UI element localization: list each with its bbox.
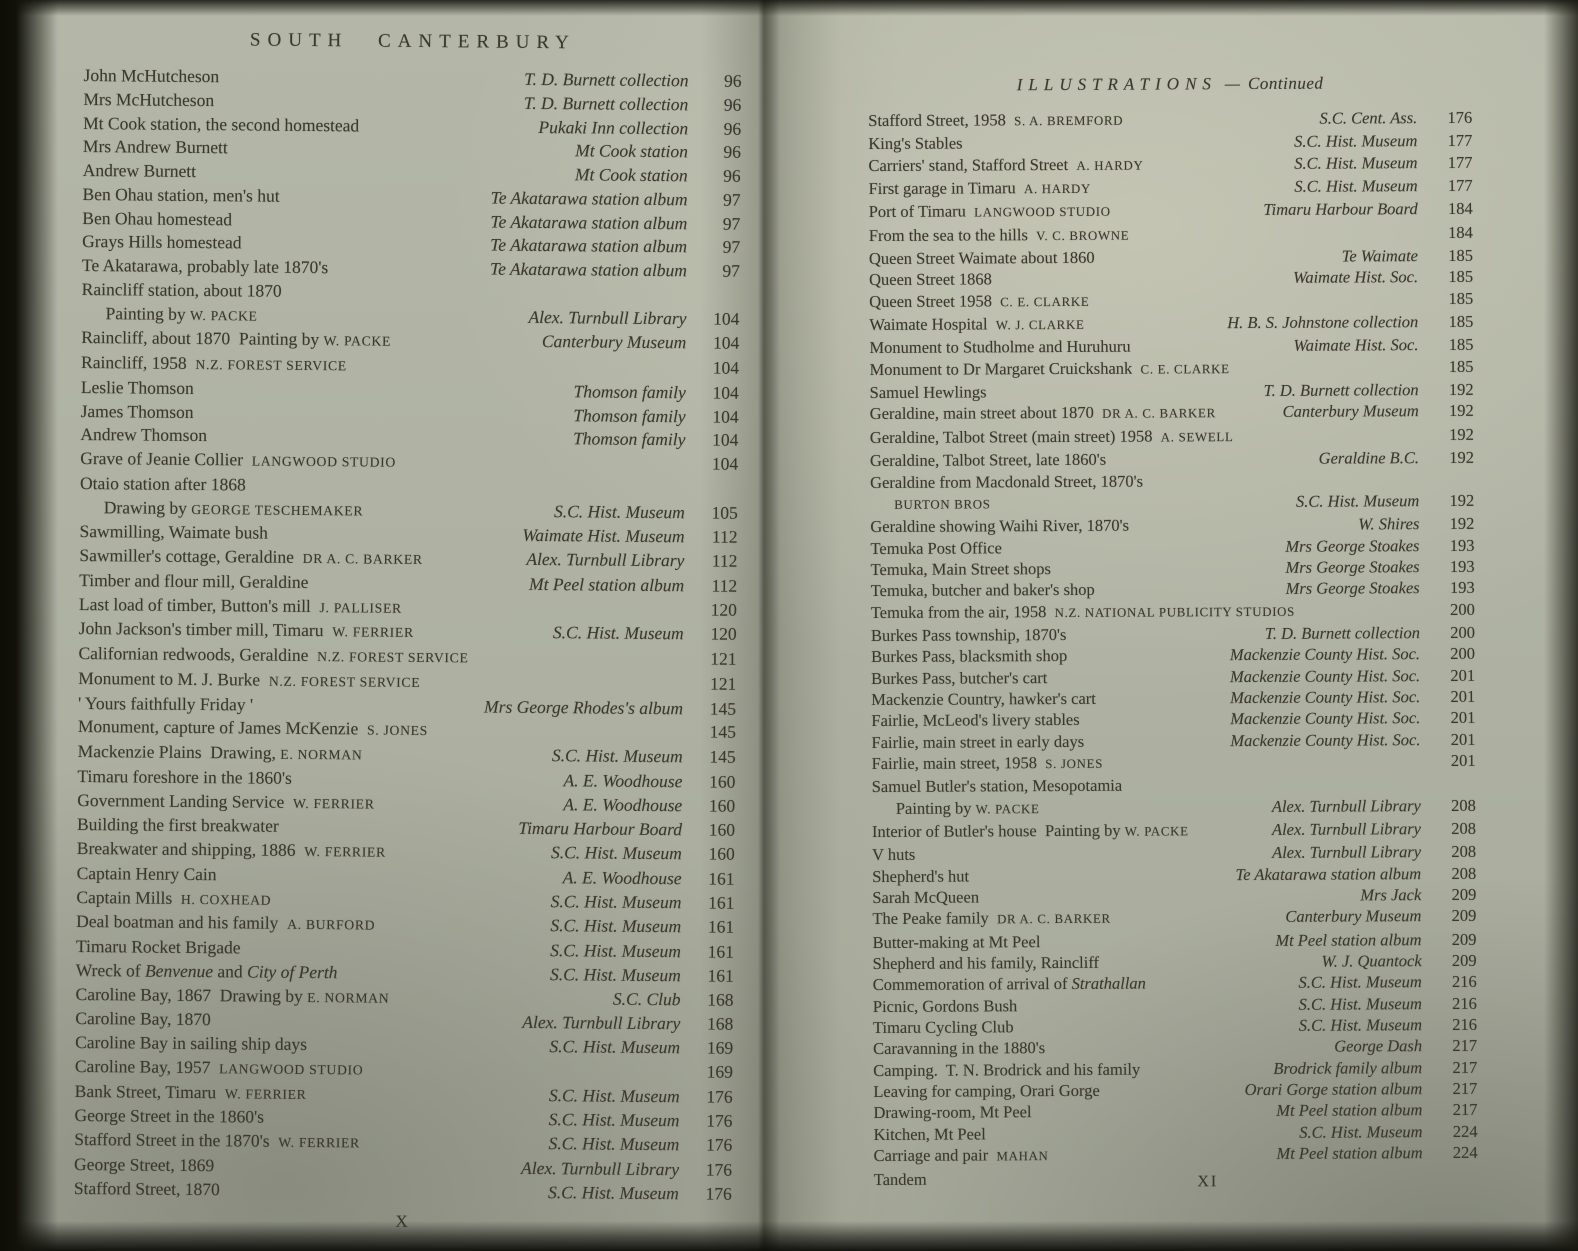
entry-title-text: Geraldine showing Waihi River, 1870's bbox=[870, 516, 1129, 536]
entry-title: Fairlie, main street in early days bbox=[871, 731, 1084, 753]
entry-page-number: 120 bbox=[697, 623, 737, 647]
entry-title: Butter-making at Mt Peel bbox=[872, 931, 1040, 953]
index-entry: Stafford Street, 1958 S. A. BREMFORDS.C.… bbox=[868, 107, 1472, 134]
left-illustrations-list: John McHutchesonT. D. Burnett collection… bbox=[74, 64, 742, 1206]
entry-title-text: Painting by bbox=[105, 303, 190, 324]
entry-title-text: Mackenzie Plains Drawing, bbox=[78, 741, 281, 763]
entry-photographer: N.Z. FOREST SERVICE bbox=[269, 673, 421, 689]
entry-title: Geraldine showing Waihi River, 1870's bbox=[870, 515, 1129, 538]
entry-source-credit: Pukaki Inn collection bbox=[359, 114, 701, 141]
entry-title: Temuka, Main Street shops bbox=[871, 558, 1051, 580]
entry-title: Kitchen, Mt Peel bbox=[873, 1123, 985, 1145]
entry-title-text: and bbox=[213, 961, 247, 981]
entry-photographer: W. PACKE bbox=[323, 333, 391, 349]
entry-title-text: Monument to Studholme and Huruhuru bbox=[869, 337, 1130, 357]
entry-source-credit: T. D. Burnett collection bbox=[1066, 622, 1433, 645]
entry-photographer: W. PACKE bbox=[1125, 824, 1189, 838]
entry-title: John Jackson's timber mill, Timaru W. FE… bbox=[79, 617, 414, 645]
entry-source-credit: Timaru Harbour Board bbox=[1111, 198, 1431, 221]
entry-title: Timaru Cycling Club bbox=[873, 1016, 1014, 1038]
entry-source-credit: S.C. Club bbox=[389, 985, 693, 1011]
entry-page-number: 209 bbox=[1435, 950, 1477, 972]
entry-page-number: 200 bbox=[1433, 622, 1475, 644]
entry-source-credit bbox=[363, 1074, 693, 1077]
entry-page-number: 97 bbox=[700, 212, 740, 236]
entry-page-number: 161 bbox=[694, 964, 734, 988]
entry-title: Grave of Jeanie Collier LANGWOOD STUDIO bbox=[80, 447, 396, 475]
entry-source-credit: S.C. Hist. Museum bbox=[1146, 971, 1435, 994]
entry-page-number: 97 bbox=[700, 236, 740, 260]
entry-page-number: 112 bbox=[697, 549, 737, 573]
entry-title: Sarah McQueen bbox=[872, 886, 979, 908]
entry-title: Burkes Pass, butcher's cart bbox=[871, 667, 1047, 689]
entry-source-credit: Te Waimate bbox=[1095, 245, 1431, 268]
index-entry: Geraldine, main street about 1870 DR A. … bbox=[870, 400, 1474, 427]
entry-title-text: Ben Ohau homestead bbox=[82, 207, 232, 228]
entry-source-credit: S.C. Hist. Museum bbox=[271, 887, 694, 914]
entry-title: Timaru foreshore in the 1860's bbox=[77, 765, 292, 791]
entry-page-number: 192 bbox=[1432, 379, 1474, 401]
entry-photographer: W. FERRIER bbox=[278, 1135, 360, 1151]
entry-title-text: Painting by bbox=[896, 798, 976, 817]
entry-title: Geraldine from Macdonald Street, 1870's bbox=[870, 470, 1143, 493]
entry-title-text: ' Yours faithfully Friday ' bbox=[78, 692, 253, 714]
entry-source-credit: Brodrick family album bbox=[1140, 1057, 1435, 1080]
entry-photographer: S. JONES bbox=[367, 723, 428, 739]
entry-title: Mt Cook station, the second homestead bbox=[83, 111, 359, 137]
entry-title: George Street in the 1860's bbox=[74, 1104, 264, 1129]
entry-source-credit: S.C. Hist. Museum bbox=[360, 1130, 693, 1157]
entry-title: Government Landing Service W. FERRIER bbox=[77, 788, 375, 815]
entry-title-text: Geraldine, Talbot Street (main street) 1… bbox=[870, 426, 1161, 447]
entry-title: Andrew Burnett bbox=[83, 159, 196, 184]
entry-page-number: 192 bbox=[1432, 490, 1474, 512]
entry-source-credit: Mrs George Stoakes bbox=[1095, 577, 1433, 600]
entry-title: Caravanning in the 1880's bbox=[873, 1038, 1045, 1060]
entry-page-number: 104 bbox=[699, 307, 739, 331]
entry-source-credit: Alex. Turnbull Library bbox=[1040, 795, 1434, 818]
entry-title: Interior of Butler's house Painting by W… bbox=[872, 819, 1189, 844]
entry-source-credit: Mackenzie County Hist. Soc. bbox=[1047, 665, 1433, 688]
entry-title-text: Bank Street, Timaru bbox=[75, 1080, 225, 1101]
entry-source-credit bbox=[469, 662, 697, 664]
entry-photographer: DR A. C. BARKER bbox=[303, 551, 423, 567]
entry-page-number: 224 bbox=[1435, 1121, 1477, 1143]
entry-title-text: Fairlie, main street in early days bbox=[871, 732, 1084, 752]
entry-source-credit: Alex. Turnbull Library bbox=[258, 303, 700, 331]
entry-title: James Thomson bbox=[81, 399, 194, 424]
entry-source-credit: Mt Peel station album bbox=[1048, 1142, 1435, 1165]
entry-title: Ben Ohau station, men's hut bbox=[82, 183, 279, 208]
entry-title: Captain Mills H. COXHEAD bbox=[76, 885, 271, 911]
entry-title-text: Otaio station after 1868 bbox=[80, 473, 246, 494]
entry-photographer: MAHAN bbox=[996, 1149, 1048, 1163]
entry-page-number: 217 bbox=[1435, 1035, 1477, 1057]
entry-title-text: Port of Timaru bbox=[869, 202, 975, 222]
index-entry: Painting by W. PACKEAlex. Turnbull Libra… bbox=[872, 794, 1476, 821]
entry-title-text: Stafford Street in the 1870's bbox=[74, 1129, 278, 1151]
entry-page-number: 145 bbox=[696, 697, 736, 721]
entry-title: Fairlie, main street, 1958 S. JONES bbox=[872, 752, 1104, 777]
entry-page-number: 96 bbox=[701, 164, 741, 188]
entry-title-text: King's Stables bbox=[868, 134, 962, 153]
entry-photographer: GEORGE TESCHEMAKER bbox=[191, 501, 363, 517]
entry-title-text: Fairlie, McLeod's livery stables bbox=[871, 710, 1079, 730]
entry-page-number: 160 bbox=[695, 794, 735, 818]
entry-source-credit: S.C. Hist. Museum bbox=[363, 498, 698, 525]
entry-title-text: Caravanning in the 1880's bbox=[873, 1039, 1045, 1059]
entry-title-text: Samuel Butler's station, Mesopotamia bbox=[872, 776, 1123, 796]
index-entry: Fairlie, main street, 1958 S. JONES201 bbox=[872, 750, 1476, 777]
entry-source-credit: Mrs Jack bbox=[979, 884, 1434, 908]
entry-title-text: Caroline Bay in sailing ship days bbox=[75, 1032, 307, 1054]
entry-page-number: 185 bbox=[1431, 245, 1473, 267]
entry-title: Fairlie, McLeod's livery stables bbox=[871, 709, 1079, 731]
entry-title: Caroline Bay, 1957 LANGWOOD STUDIO bbox=[75, 1055, 364, 1082]
index-entry: Temuka, butcher and baker's shopMrs Geor… bbox=[871, 577, 1475, 602]
entry-title-text: Timber and flour mill, Geraldine bbox=[79, 570, 308, 592]
entry-title: Caroline Bay, 1867 Drawing by E. NORMAN bbox=[75, 982, 389, 1009]
entry-photographer: E. NORMAN bbox=[307, 989, 389, 1005]
entry-title-text: George Street in the 1860's bbox=[74, 1105, 264, 1127]
entry-title-text: Wreck of bbox=[76, 960, 145, 981]
entry-source-credit bbox=[347, 370, 699, 373]
entry-title: George Street, 1869 bbox=[74, 1153, 214, 1178]
entry-photographer: H. COXHEAD bbox=[181, 891, 271, 907]
entry-photographer: S. A. BREMFORD bbox=[1014, 114, 1123, 129]
entry-source-credit bbox=[282, 296, 700, 300]
index-entry: The Peake family DR A. C. BARKERCanterbu… bbox=[872, 905, 1476, 932]
entry-source-credit: Mt Peel station album bbox=[308, 571, 697, 598]
entry-source-credit: Mackenzie County Hist. Soc. bbox=[1067, 643, 1433, 666]
entry-title: Mrs Andrew Burnett bbox=[83, 135, 228, 160]
entry-source-credit bbox=[1089, 304, 1431, 306]
entry-title: Caroline Bay, 1870 bbox=[75, 1007, 211, 1032]
entry-title-text: Drawing by bbox=[104, 497, 192, 518]
index-entry: Geraldine, Talbot Street (main street) 1… bbox=[870, 424, 1474, 451]
entry-title: Geraldine, Talbot Street, late 1860's bbox=[870, 449, 1106, 472]
entry-title-text: Mackenzie Country, hawker's cart bbox=[871, 689, 1096, 709]
entry-title-text: Camping. T. N. Brodrick and his family bbox=[873, 1059, 1140, 1079]
entry-title-text: The Peake family bbox=[872, 909, 997, 929]
entry-page-number: 161 bbox=[694, 867, 734, 891]
entry-source-credit: Canterbury Museum bbox=[391, 329, 699, 355]
entry-title: Shepherd's hut bbox=[872, 865, 969, 887]
entry-title: Wreck of Benvenue and City of Perth bbox=[76, 959, 338, 985]
entry-page-number: 176 bbox=[693, 1085, 733, 1109]
entry-photographer: W. J. CLARKE bbox=[996, 318, 1085, 332]
entry-title: Samuel Butler's station, Mesopotamia bbox=[872, 775, 1123, 798]
entry-photographer: A. HARDY bbox=[1024, 182, 1091, 196]
entry-source-credit: S.C. Hist. Museum bbox=[220, 1178, 692, 1206]
entry-title: Monument, capture of James McKenzie S. J… bbox=[78, 715, 428, 743]
entry-source-credit bbox=[402, 612, 697, 615]
entry-photographer: J. PALLISER bbox=[320, 600, 402, 616]
entry-title-text: Queen Street Waimate about 1860 bbox=[869, 248, 1095, 268]
entry-title: Camping. T. N. Brodrick and his family bbox=[873, 1058, 1140, 1081]
entry-page-number: 161 bbox=[694, 916, 734, 940]
entry-title: Leaving for camping, Orari Gorge bbox=[873, 1080, 1100, 1103]
entry-page-number: 193 bbox=[1433, 556, 1475, 578]
entry-title: Commemoration of arrival of Strathallan bbox=[873, 973, 1146, 996]
entry-title: Queen Street 1868 bbox=[869, 269, 992, 291]
entry-title-text: Timaru foreshore in the 1860's bbox=[77, 766, 292, 788]
entry-page-number: 209 bbox=[1434, 929, 1476, 951]
entry-page-number: 193 bbox=[1433, 577, 1475, 599]
entry-page-number: 104 bbox=[699, 405, 739, 429]
index-entry: Waimate Hospital W. J. CLARKEH. B. S. Jo… bbox=[869, 311, 1473, 338]
entry-source-credit: T. D. Burnett collection bbox=[986, 379, 1431, 403]
entry-source-credit bbox=[396, 467, 698, 470]
entry-page-number: 176 bbox=[692, 1133, 732, 1157]
entry-title-text: Captain Mills bbox=[76, 886, 181, 907]
entry-source-credit: Alex. Turnbull Library bbox=[1189, 818, 1434, 841]
entry-title: Raincliff, 1958 N.Z. FOREST SERVICE bbox=[81, 351, 347, 378]
entry-page-number: 104 bbox=[699, 381, 739, 405]
entry-source-credit: S.C. Hist. Museum bbox=[1143, 152, 1430, 175]
entry-title-text: Kitchen, Mt Peel bbox=[873, 1124, 985, 1144]
entry-title: Deal boatman and his family A. BURFORD bbox=[76, 910, 375, 937]
index-entry: Queen Street 1868Waimate Hist. Soc.185 bbox=[869, 266, 1473, 291]
entry-page-number: 120 bbox=[697, 598, 737, 622]
entry-title-text: Tandem bbox=[874, 1169, 927, 1188]
entry-title-text: Breakwater and shipping, 1886 bbox=[77, 838, 305, 860]
entry-source-credit: S.C. Hist. Museum bbox=[991, 490, 1433, 514]
entry-source-credit: Mackenzie County Hist. Soc. bbox=[1080, 707, 1434, 730]
entry-title-text: Monument to Dr Margaret Cruickshank bbox=[869, 358, 1140, 378]
index-entry: Temuka from the air, 1958 N.Z. NATIONAL … bbox=[871, 598, 1475, 625]
entry-title: Leslie Thomson bbox=[81, 376, 194, 401]
entry-page-number: 104 bbox=[699, 356, 739, 380]
entry-title-text: Temuka Post Office bbox=[870, 538, 1002, 558]
entry-title-text: Mrs McHutcheson bbox=[83, 89, 214, 110]
entry-page-number: 104 bbox=[699, 332, 739, 356]
entry-photographer: DR A. C. BARKER bbox=[997, 912, 1111, 927]
entry-title-text: Last load of timber, Button's mill bbox=[79, 593, 320, 615]
entry-photographer: LANGWOOD STUDIO bbox=[219, 1061, 363, 1077]
entry-title: Temuka from the air, 1958 N.Z. NATIONAL … bbox=[871, 599, 1295, 625]
entry-page-number: 97 bbox=[700, 259, 740, 283]
entry-title: Californian redwoods, Geraldine N.Z. FOR… bbox=[78, 642, 468, 670]
entry-title-text: Strathallan bbox=[1072, 974, 1146, 993]
entry-title: BURTON BROS bbox=[870, 492, 990, 516]
entry-source-credit: S.C. Hist. Museum bbox=[306, 1081, 692, 1108]
right-page-number: XI bbox=[874, 1172, 1478, 1193]
entry-title-text: Commemoration of arrival of bbox=[873, 974, 1072, 994]
entry-title-text: City of Perth bbox=[247, 961, 338, 982]
entry-photographer: DR A. C. BARKER bbox=[1102, 407, 1216, 422]
entry-title-text: Picnic, Gordons Bush bbox=[873, 996, 1017, 1016]
entry-source-credit bbox=[420, 687, 696, 689]
entry-page-number: 209 bbox=[1434, 905, 1476, 927]
entry-title-text: Butter-making at Mt Peel bbox=[872, 932, 1040, 952]
entry-page-number: 168 bbox=[693, 1013, 733, 1037]
entry-page-number: 177 bbox=[1431, 175, 1473, 197]
entry-page-number: 160 bbox=[695, 842, 735, 866]
entry-title-text: Sawmiller's cottage, Geraldine bbox=[79, 545, 302, 567]
entry-source-credit: Waimate Hist. Soc. bbox=[1131, 334, 1432, 357]
entry-title-text: Carriers' stand, Stafford Street bbox=[868, 155, 1076, 175]
entry-title-text: Ben Ohau station, men's hut bbox=[82, 184, 279, 206]
entry-source-credit bbox=[1122, 789, 1434, 791]
entry-page-number: 176 bbox=[692, 1158, 732, 1182]
entry-title: Queen Street Waimate about 1860 bbox=[869, 247, 1095, 270]
entry-page-number: 104 bbox=[698, 429, 738, 453]
entry-photographer: V. C. BROWNE bbox=[1036, 228, 1129, 242]
entry-page-number: 209 bbox=[1434, 884, 1476, 906]
entry-page-number: 161 bbox=[694, 891, 734, 915]
entry-photographer: LANGWOOD STUDIO bbox=[974, 205, 1111, 220]
entry-source-credit: Timaru Harbour Board bbox=[279, 815, 696, 842]
entry-page-number: 161 bbox=[694, 940, 734, 964]
entry-title: Raincliff station, about 1870 bbox=[82, 278, 282, 303]
index-entry: Monument to Studholme and HuruhuruWaimat… bbox=[869, 334, 1473, 359]
entry-title: From the sea to the hills V. C. BROWNE bbox=[869, 223, 1130, 248]
entry-title: Andrew Thomson bbox=[80, 423, 207, 448]
entry-page-number: 121 bbox=[696, 647, 736, 671]
entry-photographer: C. E. CLARKE bbox=[1140, 362, 1229, 376]
entry-title: Carriage and pair MAHAN bbox=[874, 1144, 1049, 1168]
right-page-title: ILLUSTRATIONS—Continued bbox=[868, 73, 1472, 110]
entry-title-text: Samuel Hewlings bbox=[870, 383, 987, 403]
entry-photographer: C. E. CLARKE bbox=[1000, 295, 1089, 309]
entry-title-text: Deal boatman and his family bbox=[76, 911, 287, 933]
entry-title: Mrs McHutcheson bbox=[83, 88, 214, 113]
entry-page-number: 201 bbox=[1433, 686, 1475, 708]
entry-page-number: 184 bbox=[1431, 198, 1473, 220]
entry-page-number: 208 bbox=[1434, 863, 1476, 885]
entry-title: Carriers' stand, Stafford Street A. HARD… bbox=[868, 153, 1143, 178]
entry-source-credit bbox=[246, 490, 698, 494]
entry-title: Shepherd and his family, Raincliff bbox=[873, 952, 1099, 975]
entry-page-number: 208 bbox=[1434, 818, 1476, 840]
entry-page-number: 192 bbox=[1432, 424, 1474, 446]
entry-source-credit: Mt Peel station album bbox=[1031, 1100, 1435, 1123]
entry-title: Waimate Hospital W. J. CLARKE bbox=[869, 313, 1084, 337]
entry-page-number: 224 bbox=[1436, 1142, 1478, 1164]
entry-title-text: Caroline Bay, 1867 Drawing by bbox=[75, 983, 307, 1005]
entry-page-number: 145 bbox=[696, 745, 736, 769]
entry-title-text: Caroline Bay, 1957 bbox=[75, 1056, 219, 1077]
entry-source-credit: Mrs George Stoakes bbox=[1002, 535, 1433, 559]
index-entry: First garage in Timaru A. HARDYS.C. Hist… bbox=[869, 175, 1473, 202]
entry-title: Raincliff, about 1870 Painting by W. PAC… bbox=[81, 326, 391, 353]
entry-page-number: 201 bbox=[1434, 750, 1476, 772]
entry-page-number: 177 bbox=[1430, 130, 1472, 152]
index-entry: Stafford Street, 1870S.C. Hist. Museum17… bbox=[74, 1176, 732, 1205]
entry-title-text: Caroline Bay, 1870 bbox=[75, 1008, 211, 1029]
entry-photographer: W. FERRIER bbox=[225, 1086, 307, 1102]
entry-title: Sawmilling, Waimate bush bbox=[79, 520, 268, 545]
entry-title-text: Building the first breakwater bbox=[77, 814, 279, 836]
entry-title: Picnic, Gordons Bush bbox=[873, 995, 1017, 1017]
entry-title: Timber and flour mill, Geraldine bbox=[79, 569, 308, 595]
entry-source-credit: A. E. Woodhouse bbox=[292, 767, 696, 794]
entry-title-text: Burkes Pass, butcher's cart bbox=[871, 668, 1047, 688]
entry-page-number: 208 bbox=[1434, 841, 1476, 863]
entry-page-number: 200 bbox=[1433, 643, 1475, 665]
entry-title: Monument to Studholme and Huruhuru bbox=[869, 336, 1130, 359]
entry-page-number: 185 bbox=[1431, 334, 1473, 356]
left-page: SOUTH CANTERBURY John McHutchesonT. D. B… bbox=[74, 28, 742, 1235]
entry-title: Stafford Street, 1958 S. A. BREMFORD bbox=[868, 109, 1123, 134]
entry-source-credit bbox=[1234, 440, 1432, 441]
entry-page-number: 185 bbox=[1431, 288, 1473, 310]
entry-source-credit: George Dash bbox=[1045, 1035, 1435, 1058]
entry-title: Timaru Rocket Brigade bbox=[76, 935, 241, 960]
entry-title-text: Andrew Burnett bbox=[83, 160, 196, 181]
entry-title: Burkes Pass township, 1870's bbox=[871, 624, 1067, 646]
entry-title-text: George Street, 1869 bbox=[74, 1154, 214, 1175]
left-page-number: X bbox=[74, 1209, 732, 1235]
entry-title-text: Sawmilling, Waimate bush bbox=[80, 521, 268, 543]
entry-page-number: 192 bbox=[1432, 400, 1474, 422]
entry-page-number: 216 bbox=[1435, 971, 1477, 993]
entry-title: Monument to M. J. Burke N.Z. FOREST SERV… bbox=[78, 667, 420, 695]
entry-title-text: Raincliff, about 1870 Painting by bbox=[81, 327, 323, 349]
right-illustrations-list: Stafford Street, 1958 S. A. BREMFORDS.C.… bbox=[868, 107, 1478, 1190]
entry-title-text: Interior of Butler's house Painting by bbox=[872, 821, 1125, 841]
entry-title: V huts bbox=[872, 844, 915, 866]
entry-title: Temuka Post Office bbox=[870, 537, 1002, 559]
entry-title-text: Monument, capture of James McKenzie bbox=[78, 716, 367, 739]
entry-title-text: Carriage and pair bbox=[874, 1145, 997, 1165]
entry-source-credit: Orari Gorge station album bbox=[1100, 1078, 1436, 1101]
entry-source-credit: Geraldine B.C. bbox=[1106, 447, 1432, 470]
entry-page-number: 96 bbox=[701, 117, 741, 141]
entry-photographer: W. FERRIER bbox=[332, 624, 414, 640]
entry-title-text: Sarah McQueen bbox=[872, 887, 979, 907]
entry-page-number: 96 bbox=[701, 93, 741, 117]
entry-page-number: 216 bbox=[1435, 993, 1477, 1015]
entry-title: Ben Ohau homestead bbox=[82, 206, 232, 231]
entry-page-number: 145 bbox=[696, 721, 736, 745]
entry-title-text: James Thomson bbox=[81, 400, 194, 421]
entry-title: Burkes Pass, blacksmith shop bbox=[871, 645, 1067, 667]
entry-title: Captain Henry Cain bbox=[77, 862, 217, 887]
entry-title: Drawing-room, Mt Peel bbox=[873, 1102, 1031, 1124]
entry-title-text: Leaving for camping, Orari Gorge bbox=[873, 1081, 1100, 1101]
entry-title-text: Mrs Andrew Burnett bbox=[83, 136, 228, 157]
index-entry: Port of Timaru LANGWOOD STUDIOTimaru Har… bbox=[869, 198, 1473, 225]
entry-title-text: Queen Street 1868 bbox=[869, 270, 992, 290]
entry-photographer: N.Z. NATIONAL PUBLICITY STUDIOS bbox=[1055, 604, 1295, 619]
entry-photographer: A. SEWELL bbox=[1161, 430, 1234, 444]
entry-title: King's Stables bbox=[868, 133, 962, 155]
entry-source-credit: S.C. Hist. Museum bbox=[986, 1121, 1436, 1145]
entry-title: Caroline Bay in sailing ship days bbox=[75, 1031, 307, 1057]
entry-source-credit: Mt Peel station album bbox=[1040, 929, 1434, 952]
entry-title-text: Grave of Jeanie Collier bbox=[80, 448, 252, 469]
entry-source-credit: Te Akatarawa station album bbox=[969, 863, 1434, 887]
index-entry: Queen Street 1958 C. E. CLARKE185 bbox=[869, 288, 1473, 315]
entry-title: Samuel Hewlings bbox=[870, 382, 987, 404]
entry-page-number: 105 bbox=[698, 501, 738, 525]
entry-title-text: Mt Cook station, the second homestead bbox=[83, 112, 359, 134]
entry-title: First garage in Timaru A. HARDY bbox=[869, 177, 1092, 202]
entry-source-credit bbox=[1103, 766, 1434, 768]
entry-page-number: 201 bbox=[1433, 664, 1475, 686]
entry-title: Otaio station after 1868 bbox=[80, 472, 246, 497]
index-entry: From the sea to the hills V. C. BROWNE18… bbox=[869, 222, 1473, 249]
entry-title-text: Captain Henry Cain bbox=[77, 863, 217, 884]
entry-title: Monument to Dr Margaret Cruickshank C. E… bbox=[869, 357, 1229, 382]
entry-page-number: 169 bbox=[693, 1036, 733, 1060]
entry-title: Mackenzie Country, hawker's cart bbox=[871, 688, 1096, 711]
entry-source-credit: Mackenzie County Hist. Soc. bbox=[1084, 729, 1433, 752]
index-entry: Geraldine, Talbot Street, late 1860'sGer… bbox=[870, 447, 1474, 472]
entry-page-number: 176 bbox=[692, 1110, 732, 1134]
